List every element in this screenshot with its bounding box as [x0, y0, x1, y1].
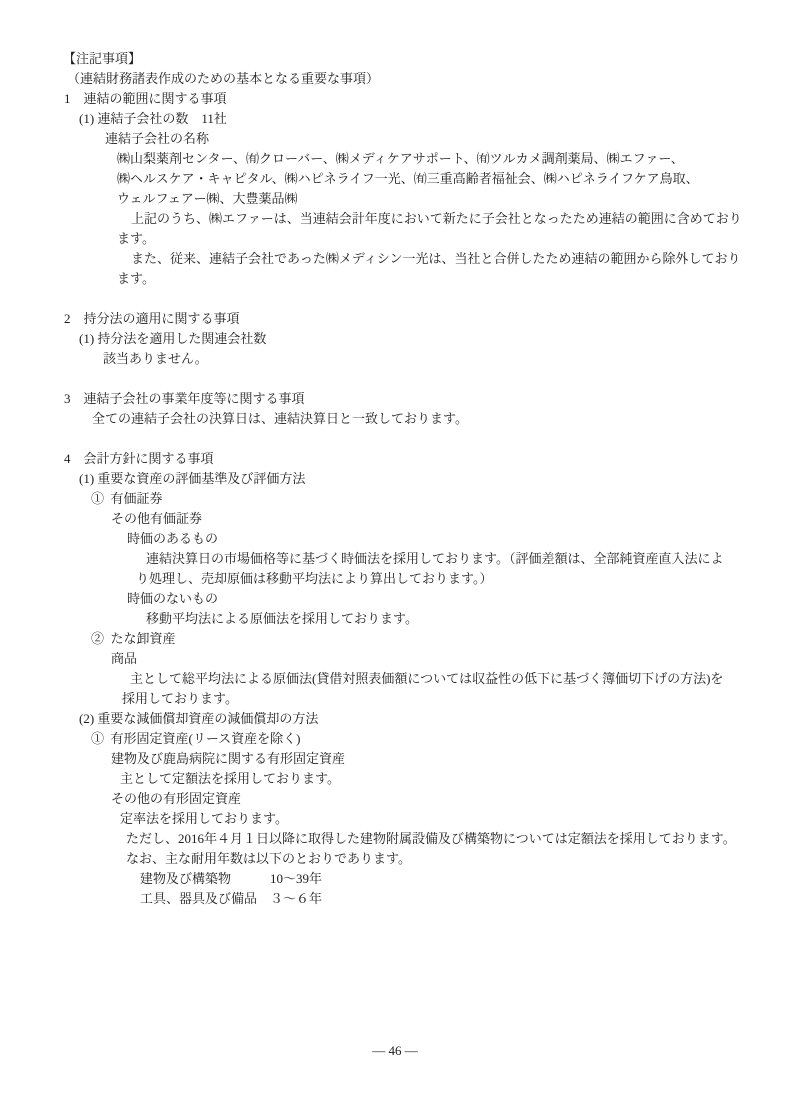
- document-line: り処理し、売却原価は移動平均法により算出しております。）: [136, 569, 750, 589]
- document-line: また、従来、連結子会社であった㈱メディシン一光は、当社と合併したため連結の範囲か…: [131, 249, 750, 269]
- document-line: [63, 289, 750, 309]
- document-line: 建物及び構築物 10～39年: [140, 869, 750, 889]
- document-line: ウェルフェアー㈱、大豊薬品㈱: [117, 189, 750, 209]
- document-line: [63, 369, 750, 389]
- document-line: その他の有形固定資産: [111, 789, 750, 809]
- document-line: 建物及び鹿島病院に関する有形固定資産: [111, 749, 750, 769]
- document-line: 連結決算日の市場価格等に基づく時価法を採用しております。（評価差額は、全部純資産…: [146, 549, 750, 569]
- document-page: 【注記事項】（連結財務諸表作成のための基本となる重要な事項）1 連結の範囲に関す…: [0, 0, 790, 1118]
- document-line: (1) 持分法を適用した関連会社数: [79, 329, 750, 349]
- document-line: ① 有形固定資産(リース資産を除く): [91, 729, 750, 749]
- document-line: 連結子会社の名称: [105, 129, 750, 149]
- document-line: 該当ありません。: [103, 349, 750, 369]
- page-number: ― 46 ―: [0, 1042, 790, 1060]
- document-line: 1 連結の範囲に関する事項: [64, 89, 750, 109]
- document-line: 移動平均法による原価法を採用しております。: [146, 609, 750, 629]
- document-line: ㈱山梨薬剤センター、㈲クローバー、㈱メディケアサポート、㈲ツルカメ調剤薬局、㈱エ…: [117, 149, 750, 169]
- document-line: (1) 連結子会社の数 11社: [79, 109, 750, 129]
- document-line: ただし、2016年４月１日以降に取得した建物附属設備及び構築物については定額法を…: [126, 829, 750, 849]
- document-line: 上記のうち、㈱エファーは、当連結会計年度において新たに子会社となったため連結の範…: [131, 209, 750, 229]
- document-line: 【注記事項】: [63, 49, 750, 69]
- document-line: 採用しております。: [122, 689, 750, 709]
- document-line: 工具、器具及び備品 ３～６年: [140, 889, 750, 909]
- document-line: （連結財務諸表作成のための基本となる重要な事項）: [67, 69, 750, 89]
- document-line: ます。: [117, 269, 750, 289]
- document-line: (1) 重要な資産の評価基準及び評価方法: [79, 469, 750, 489]
- document-line: 主として総平均法による原価法(貸借対照表価額については収益性の低下に基づく簿価切…: [130, 669, 750, 689]
- document-line: ㈱ヘルスケア・キャピタル、㈱ハピネライフ一光、㈲三重高齢者福祉会、㈱ハピネライフ…: [117, 169, 750, 189]
- document-line: 定率法を採用しております。: [120, 809, 750, 829]
- document-line: 時価のないもの: [127, 589, 750, 609]
- document-line: ① 有価証券: [91, 489, 750, 509]
- document-line: ます。: [117, 229, 750, 249]
- document-line: 主として定額法を採用しております。: [120, 769, 750, 789]
- document-line: 2 持分法の適用に関する事項: [64, 309, 750, 329]
- document-line: なお、主な耐用年数は以下のとおりであります。: [126, 849, 750, 869]
- document-line: 3 連結子会社の事業年度等に関する事項: [64, 389, 750, 409]
- document-body: 【注記事項】（連結財務諸表作成のための基本となる重要な事項）1 連結の範囲に関す…: [63, 49, 750, 909]
- document-line: 時価のあるもの: [127, 529, 750, 549]
- document-line: 全ての連結子会社の決算日は、連結決算日と一致しております。: [92, 409, 750, 429]
- document-line: その他有価証券: [111, 509, 750, 529]
- document-line: 4 会計方針に関する事項: [64, 449, 750, 469]
- document-line: 商品: [111, 649, 750, 669]
- document-line: (2) 重要な減価償却資産の減価償却の方法: [79, 709, 750, 729]
- document-line: ② たな卸資産: [91, 629, 750, 649]
- document-line: [63, 429, 750, 449]
